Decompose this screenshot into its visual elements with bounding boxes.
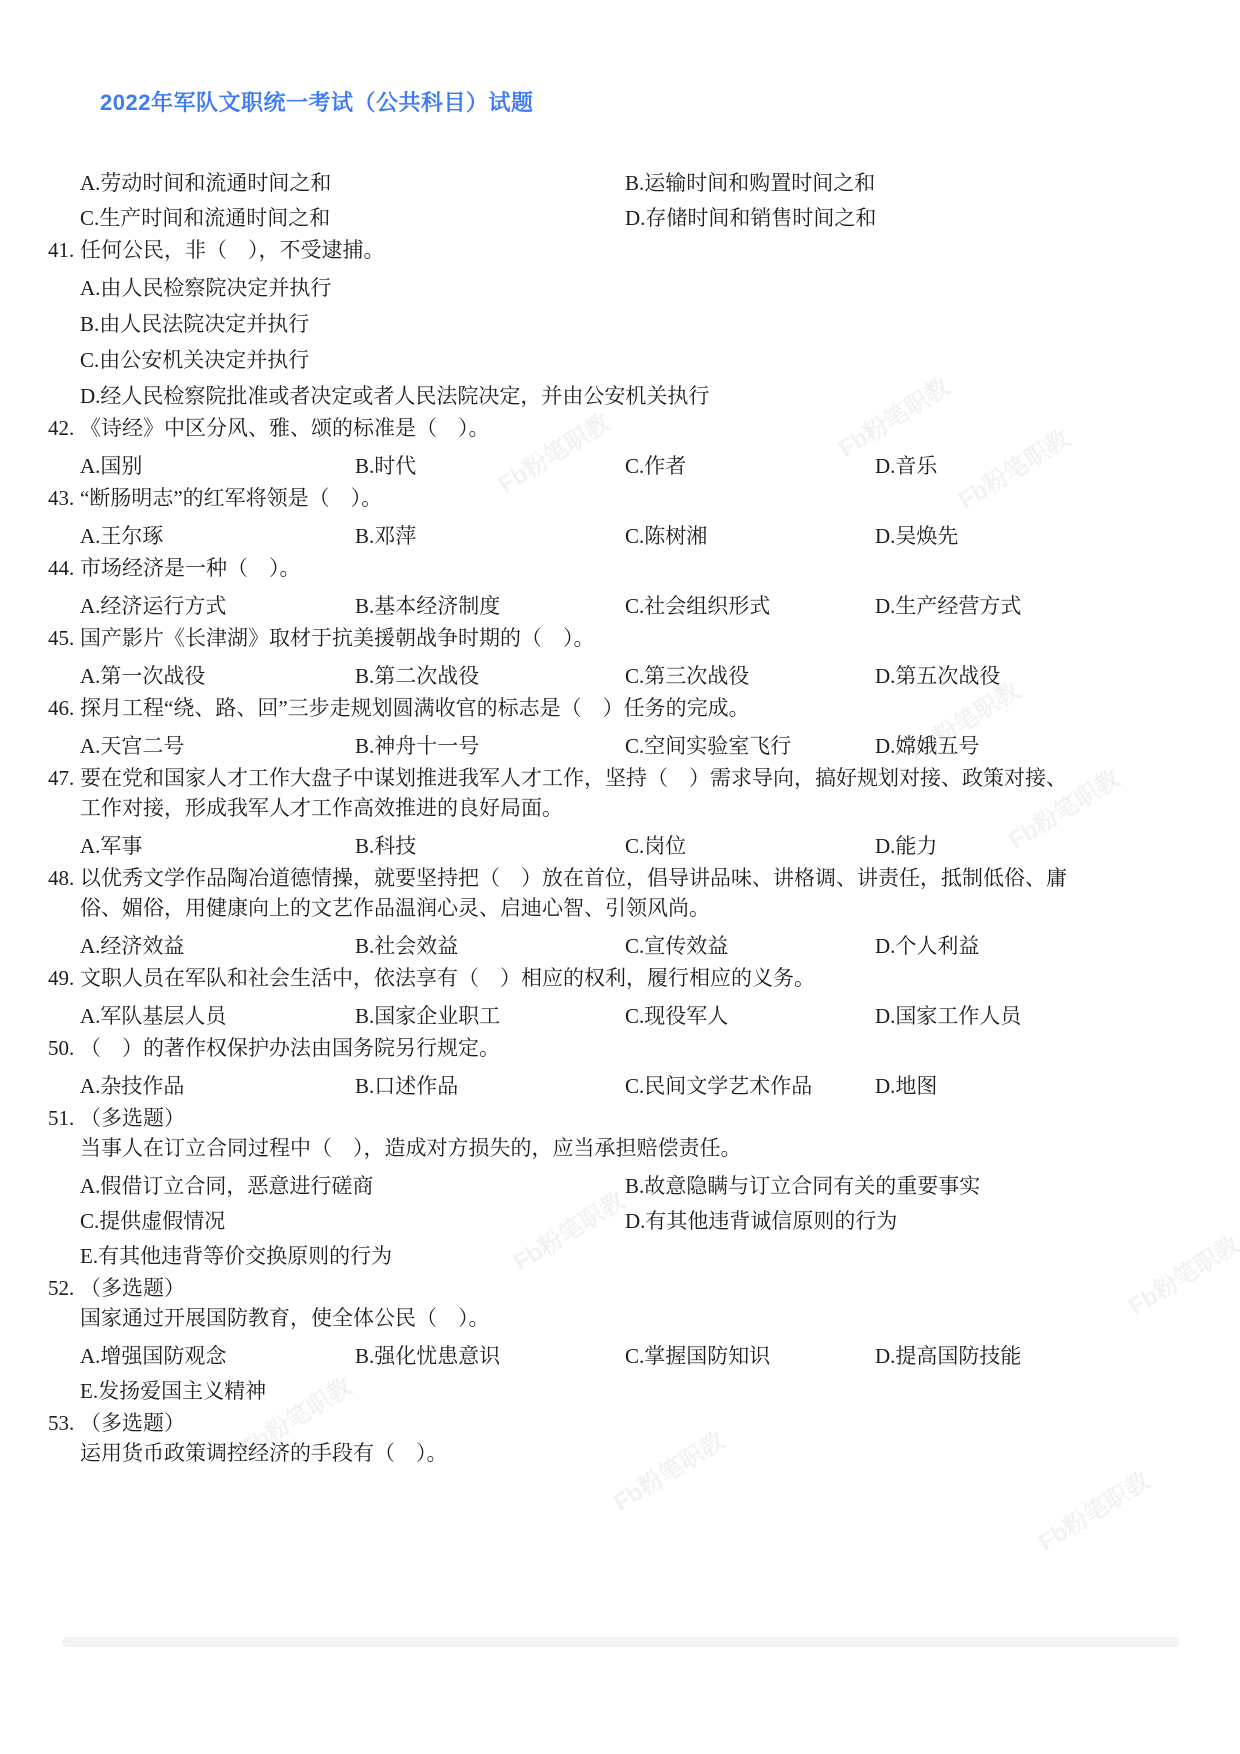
option-item: B.神舟十一号	[355, 731, 625, 761]
question-stem: 任何公民，非（ ），不受逮捕。	[80, 238, 385, 262]
question-type-tag: （多选题）	[80, 1408, 185, 1438]
question-stem-line: 50.（ ）的著作权保护办法由国务院另行规定。	[0, 1033, 1085, 1063]
question-stem: （ ）的著作权保护办法由国务院另行规定。	[80, 1036, 500, 1060]
option-item: D.嫦娥五号	[875, 731, 1085, 761]
question-stem: 国产影片《长津湖》取材于抗美援朝战争时期的（ ）。	[80, 626, 595, 650]
question-block: 44.市场经济是一种（ ）。A.经济运行方式B.基本经济制度C.社会组织形式D.…	[0, 553, 1085, 621]
question-list: A.劳动时间和流通时间之和B.运输时间和购置时间之和C.生产时间和流通时间之和D…	[0, 118, 1240, 1468]
option-item: C.第三次战役	[625, 661, 875, 691]
option-item: D.生产经营方式	[875, 591, 1085, 621]
option-item: E.有其他违背等价交换原则的行为	[80, 1241, 1085, 1271]
question-type-tag: （多选题）	[80, 1103, 185, 1133]
options-grid: A.军事B.科技C.岗位D.能力	[80, 831, 1085, 861]
option-item: D.地图	[875, 1071, 1085, 1101]
question-block: 50.（ ）的著作权保护办法由国务院另行规定。A.杂技作品B.口述作品C.民间文…	[0, 1033, 1085, 1101]
question-stem-line: 44.市场经济是一种（ ）。	[0, 553, 1085, 583]
question-stem-line: 43.“断肠明志”的红军将领是（ ）。	[0, 483, 1085, 513]
question-number: 48.	[48, 863, 74, 893]
option-item: B.强化忧患意识	[355, 1341, 625, 1371]
question-stem-line: 48.以优秀文学作品陶冶道德情操，就要坚持把（ ）放在首位，倡导讲品味、讲格调、…	[0, 863, 1085, 923]
question-number: 45.	[48, 623, 74, 653]
option-item: A.由人民检察院决定并执行	[80, 273, 1085, 303]
option-item: A.军队基层人员	[80, 1001, 355, 1031]
option-item: D.经人民检察院批准或者决定或者人民法院决定，并由公安机关执行	[80, 381, 1085, 411]
option-item: C.生产时间和流通时间之和	[80, 203, 625, 233]
option-item: C.陈树湘	[625, 521, 875, 551]
question-type-tag: （多选题）	[80, 1273, 185, 1303]
question-header-line: 51.（多选题）	[0, 1103, 1085, 1133]
question-stem: 运用货币政策调控经济的手段有（ ）。	[80, 1441, 448, 1465]
option-item: C.掌握国防知识	[625, 1341, 875, 1371]
option-item: B.邓萍	[355, 521, 625, 551]
option-item: D.提高国防技能	[875, 1341, 1085, 1371]
option-item: B.口述作品	[355, 1071, 625, 1101]
option-item: B.由人民法院决定并执行	[80, 309, 1085, 339]
question-stem: 探月工程“绕、路、回”三步走规划圆满收官的标志是（ ）任务的完成。	[80, 696, 750, 720]
option-item: C.由公安机关决定并执行	[80, 345, 1085, 375]
question-number: 50.	[48, 1033, 74, 1063]
option-item: C.作者	[625, 451, 875, 481]
question-number: 41.	[48, 235, 74, 265]
question-number: 46.	[48, 693, 74, 723]
question-block: 41.任何公民，非（ ），不受逮捕。A.由人民检察院决定并执行B.由人民法院决定…	[0, 235, 1085, 411]
options-grid: A.国别B.时代C.作者D.音乐	[80, 451, 1085, 481]
option-item: A.劳动时间和流通时间之和	[80, 168, 625, 198]
question-stem-line: 49.文职人员在军队和社会生活中，依法享有（ ）相应的权利，履行相应的义务。	[0, 963, 1085, 993]
options-grid: A.王尔琢B.邓萍C.陈树湘D.吴焕先	[80, 521, 1085, 551]
options-grid: A.第一次战役B.第二次战役C.第三次战役D.第五次战役	[80, 661, 1085, 691]
question-stem-line: 当事人在订立合同过程中（ ），造成对方损失的，应当承担赔偿责任。	[0, 1133, 1085, 1163]
option-item: C.提供虚假情况	[80, 1206, 625, 1236]
option-item: D.能力	[875, 831, 1085, 861]
question-block: 53.（多选题）运用货币政策调控经济的手段有（ ）。	[0, 1408, 1085, 1468]
question-stem: 市场经济是一种（ ）。	[80, 556, 301, 580]
options-grid: A.增强国防观念B.强化忧患意识C.掌握国防知识D.提高国防技能	[80, 1341, 1085, 1371]
options-grid: A.杂技作品B.口述作品C.民间文学艺术作品D.地图	[80, 1071, 1085, 1101]
options-grid: A.天宫二号B.神舟十一号C.空间实验室飞行D.嫦娥五号	[80, 731, 1085, 761]
option-item: D.国家工作人员	[875, 1001, 1085, 1031]
question-number: 49.	[48, 963, 74, 993]
option-item: D.第五次战役	[875, 661, 1085, 691]
question-block: 52.（多选题）国家通过开展国防教育，使全体公民（ ）。A.增强国防观念B.强化…	[0, 1273, 1085, 1406]
option-item: A.经济效益	[80, 931, 355, 961]
question-stem: 文职人员在军队和社会生活中，依法享有（ ）相应的权利，履行相应的义务。	[80, 966, 815, 990]
option-item: A.经济运行方式	[80, 591, 355, 621]
exam-document-page: 2022年军队文职统一考试（公共科目）试题 Fb粉笔职教Fb粉笔职教Fb粉笔职教…	[0, 0, 1240, 1754]
options-grid: A.经济运行方式B.基本经济制度C.社会组织形式D.生产经营方式	[80, 591, 1085, 621]
option-item: B.运输时间和购置时间之和	[625, 168, 1085, 198]
question-stem-line: 45.国产影片《长津湖》取材于抗美援朝战争时期的（ ）。	[0, 623, 1085, 653]
option-item: D.音乐	[875, 451, 1085, 481]
option-item: B.第二次战役	[355, 661, 625, 691]
question-stem: 以优秀文学作品陶冶道德情操，就要坚持把（ ）放在首位，倡导讲品味、讲格调、讲责任…	[80, 866, 1067, 920]
question-stem-line: 47.要在党和国家人才工作大盘子中谋划推进我军人才工作，坚持（ ）需求导向，搞好…	[0, 763, 1085, 823]
option-item: B.基本经济制度	[355, 591, 625, 621]
question-block: A.劳动时间和流通时间之和B.运输时间和购置时间之和C.生产时间和流通时间之和D…	[0, 168, 1085, 233]
option-item: D.有其他违背诚信原则的行为	[625, 1206, 1085, 1236]
option-item: D.吴焕先	[875, 521, 1085, 551]
question-stem: “断肠明志”的红军将领是（ ）。	[80, 486, 382, 510]
question-stem: 当事人在订立合同过程中（ ），造成对方损失的，应当承担赔偿责任。	[80, 1136, 742, 1160]
watermark-text: Fb粉笔职教	[1030, 1461, 1155, 1557]
option-item: D.个人利益	[875, 931, 1085, 961]
option-item: C.岗位	[625, 831, 875, 861]
option-item: A.杂技作品	[80, 1071, 355, 1101]
question-stem-line: 46.探月工程“绕、路、回”三步走规划圆满收官的标志是（ ）任务的完成。	[0, 693, 1085, 723]
question-block: 47.要在党和国家人才工作大盘子中谋划推进我军人才工作，坚持（ ）需求导向，搞好…	[0, 763, 1085, 861]
option-item: B.故意隐瞒与订立合同有关的重要事实	[625, 1171, 1085, 1201]
option-item: A.王尔琢	[80, 521, 355, 551]
question-stem: 国家通过开展国防教育，使全体公民（ ）。	[80, 1306, 490, 1330]
question-block: 51.（多选题）当事人在订立合同过程中（ ），造成对方损失的，应当承担赔偿责任。…	[0, 1103, 1085, 1271]
options-grid: A.劳动时间和流通时间之和B.运输时间和购置时间之和C.生产时间和流通时间之和D…	[80, 168, 1085, 233]
page-title: 2022年军队文职统一考试（公共科目）试题	[100, 88, 1240, 118]
option-item: A.国别	[80, 451, 355, 481]
question-block: 48.以优秀文学作品陶冶道德情操，就要坚持把（ ）放在首位，倡导讲品味、讲格调、…	[0, 863, 1085, 961]
question-block: 46.探月工程“绕、路、回”三步走规划圆满收官的标志是（ ）任务的完成。A.天宫…	[0, 693, 1085, 761]
option-item: C.社会组织形式	[625, 591, 875, 621]
question-stem-line: 41.任何公民，非（ ），不受逮捕。	[0, 235, 1085, 265]
question-number: 42.	[48, 413, 74, 443]
option-item: C.宣传效益	[625, 931, 875, 961]
question-stem-line: 国家通过开展国防教育，使全体公民（ ）。	[0, 1303, 1085, 1333]
option-item: E.发扬爱国主义精神	[80, 1376, 1085, 1406]
question-stem: 《诗经》中区分风、雅、颂的标准是（ ）。	[80, 416, 490, 440]
question-number: 43.	[48, 483, 74, 513]
options-grid: A.经济效益B.社会效益C.宣传效益D.个人利益	[80, 931, 1085, 961]
option-item: A.假借订立合同，恶意进行磋商	[80, 1171, 625, 1201]
question-header-line: 53.（多选题）	[0, 1408, 1085, 1438]
option-item: C.现役军人	[625, 1001, 875, 1031]
question-number: 52.	[48, 1273, 74, 1303]
question-number: 44.	[48, 553, 74, 583]
options-grid: A.假借订立合同，恶意进行磋商B.故意隐瞒与订立合同有关的重要事实C.提供虚假情…	[80, 1171, 1085, 1236]
question-block: 42.《诗经》中区分风、雅、颂的标准是（ ）。A.国别B.时代C.作者D.音乐	[0, 413, 1085, 481]
question-block: 45.国产影片《长津湖》取材于抗美援朝战争时期的（ ）。A.第一次战役B.第二次…	[0, 623, 1085, 691]
option-item: A.天宫二号	[80, 731, 355, 761]
question-stem-line: 运用货币政策调控经济的手段有（ ）。	[0, 1438, 1085, 1468]
question-block: 43.“断肠明志”的红军将领是（ ）。A.王尔琢B.邓萍C.陈树湘D.吴焕先	[0, 483, 1085, 551]
options-grid: A.军队基层人员B.国家企业职工C.现役军人D.国家工作人员	[80, 1001, 1085, 1031]
option-item: B.科技	[355, 831, 625, 861]
option-item: B.社会效益	[355, 931, 625, 961]
question-header-line: 52.（多选题）	[0, 1273, 1085, 1303]
options-grid: A.由人民检察院决定并执行B.由人民法院决定并执行C.由公安机关决定并执行D.经…	[80, 273, 1085, 411]
question-stem-line: 42.《诗经》中区分风、雅、颂的标准是（ ）。	[0, 413, 1085, 443]
question-number: 47.	[48, 763, 74, 793]
option-item: C.民间文学艺术作品	[625, 1071, 875, 1101]
option-item: A.第一次战役	[80, 661, 355, 691]
footer-divider	[62, 1637, 1180, 1647]
option-item: B.国家企业职工	[355, 1001, 625, 1031]
option-item: A.增强国防观念	[80, 1341, 355, 1371]
question-stem: 要在党和国家人才工作大盘子中谋划推进我军人才工作，坚持（ ）需求导向，搞好规划对…	[80, 766, 1067, 820]
question-number: 53.	[48, 1408, 74, 1438]
question-number: 51.	[48, 1103, 74, 1133]
option-item: C.空间实验室飞行	[625, 731, 875, 761]
option-item: D.存储时间和销售时间之和	[625, 203, 1085, 233]
option-item: A.军事	[80, 831, 355, 861]
option-item: B.时代	[355, 451, 625, 481]
question-block: 49.文职人员在军队和社会生活中，依法享有（ ）相应的权利，履行相应的义务。A.…	[0, 963, 1085, 1031]
